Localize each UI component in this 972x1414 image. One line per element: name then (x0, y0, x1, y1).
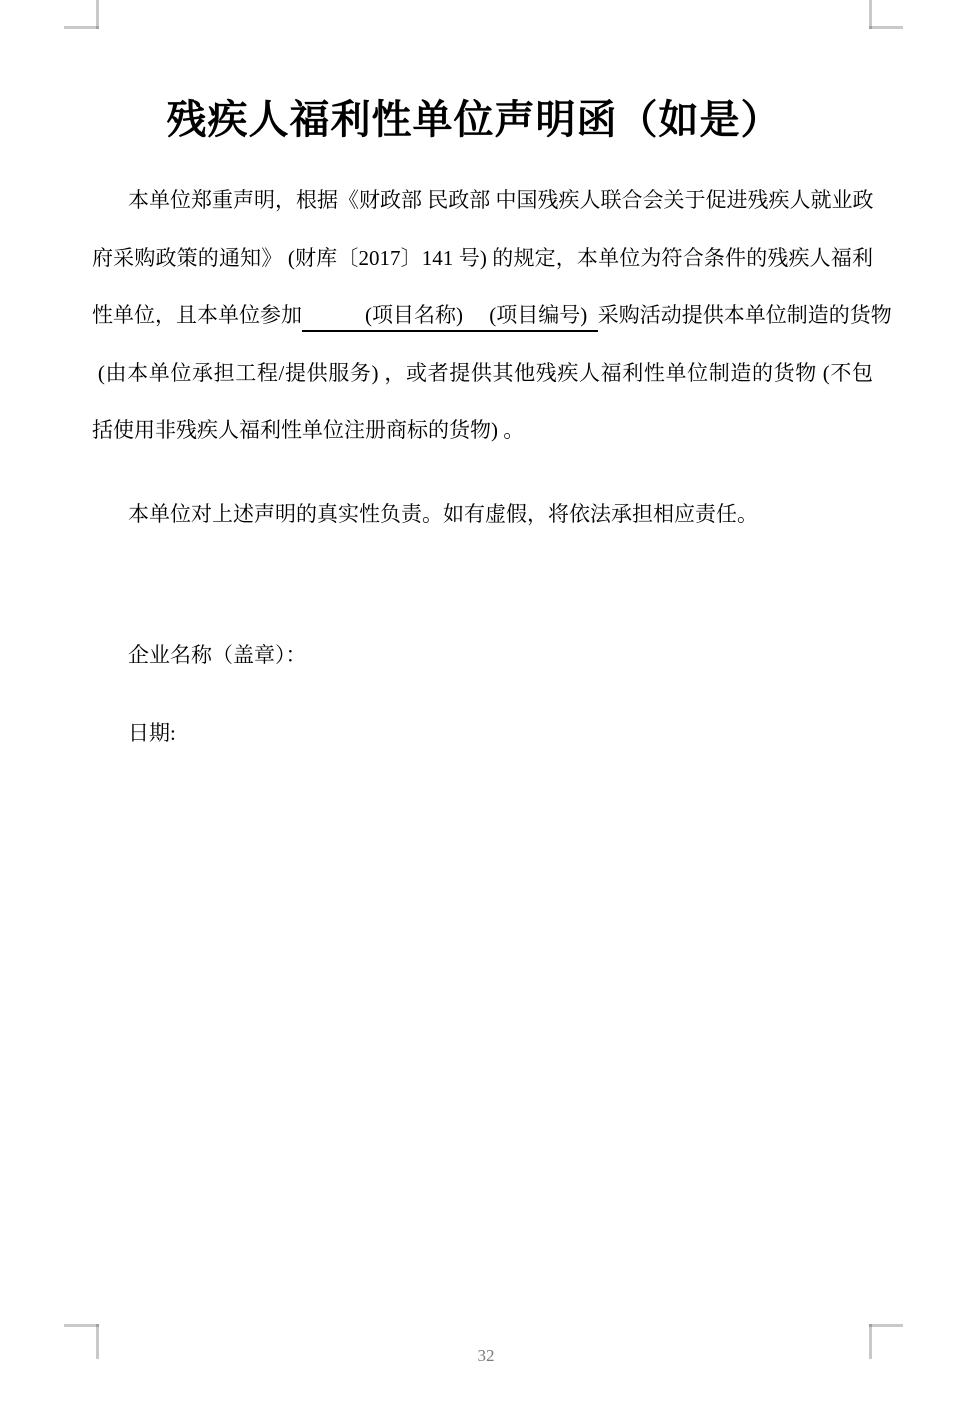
crop-mark-line (64, 1324, 99, 1327)
crop-mark-corner (869, 1324, 872, 1327)
body-line-4: (由本单位承担工程/提供服务) ，或者提供其他残疾人福利性单位制造的货物 (不包 (92, 345, 873, 403)
page-number: 32 (0, 1346, 972, 1366)
project-name-number-placeholder: (项目名称) (项目编号) (365, 303, 598, 327)
crop-mark-line (869, 26, 903, 29)
body-line-5: 括使用非残疾人福利性单位注册商标的货物) 。 (92, 402, 873, 460)
blank-space (302, 303, 365, 327)
crop-mark-line (64, 26, 99, 29)
crop-mark-line (869, 1324, 903, 1327)
fill-in-blank-underline: (项目名称) (项目编号) (302, 303, 598, 332)
crop-mark-line (869, 0, 872, 29)
body-line-3-prefix: 性单位，且本单位参加 (92, 303, 302, 327)
declaration-paragraph: 本单位郑重声明，根据《财政部 民政部 中国残疾人联合会关于促进残疾人就业政 府采… (92, 172, 873, 460)
company-name-seal-label: 企业名称（盖章）： (128, 645, 307, 666)
body-line-3: 性单位，且本单位参加 (项目名称) (项目编号) 采购活动提供本单位制造的货物 (92, 287, 873, 345)
date-label: 日期: (128, 723, 176, 744)
body-line-3-suffix: 采购活动提供本单位制造的货物 (598, 303, 892, 327)
responsibility-statement: 本单位对上述声明的真实性负责。如有虚假，将依法承担相应责任。 (92, 486, 873, 544)
crop-mark-line (96, 0, 99, 29)
document-title: 残疾人福利性单位声明函（如是） (0, 88, 948, 145)
body-line-2: 府采购政策的通知》 (财库〔2017〕141 号) 的规定，本单位为符合条件的残… (92, 230, 873, 288)
crop-mark-corner (869, 26, 872, 29)
crop-mark-corner (96, 26, 99, 29)
document-page: 残疾人福利性单位声明函（如是） 本单位郑重声明，根据《财政部 民政部 中国残疾人… (0, 0, 972, 1414)
crop-mark-corner (96, 1324, 99, 1327)
body-line-1: 本单位郑重声明，根据《财政部 民政部 中国残疾人联合会关于促进残疾人就业政 (92, 172, 873, 230)
